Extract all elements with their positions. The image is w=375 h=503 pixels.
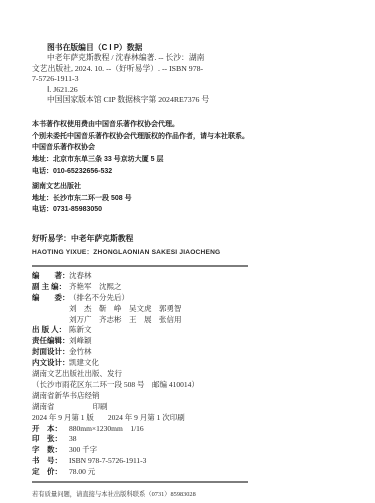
publisher-name: 湖南文艺出版社	[32, 181, 250, 192]
colophon-row-board-names: 刘 杰 靳 峥 吴文虎 郭勇智	[32, 304, 250, 315]
publisher-address: 地址：长沙市东二环一段 508 号	[32, 193, 250, 204]
cip-line: 7-5726-1911-3	[32, 74, 250, 85]
printer-word: 印刷	[93, 402, 108, 411]
colophon-label	[32, 315, 69, 326]
colophon-block: 编 著： 沈春林 副 主 编： 齐艳军 沈熙之 编 委： （排名不分先后） 刘 …	[32, 271, 250, 478]
spec-value: 880mm×1230mm 1/16	[69, 424, 144, 435]
publisher-phone: 电话：0731-85983050	[32, 204, 250, 215]
publication-issue-line: 湖南文艺出版社出版、发行	[32, 369, 250, 380]
divider-top	[32, 265, 248, 267]
colophon-value: 刘峰颖	[69, 336, 92, 347]
music-copyright-notice: 本书著作权使用费由中国音乐著作权协会代理。 个别未委托中国音乐著作权协会代理版权…	[32, 119, 250, 178]
publication-address-line: （长沙市雨花区东二环一段 508 号 邮编 410014）	[32, 380, 250, 391]
spec-value: 78.00 元	[69, 467, 95, 478]
spec-label: 字 数：	[32, 445, 69, 456]
book-title-pinyin: HAOTING YIXUE：ZHONGLAONIAN SAKESI JIAOCH…	[32, 248, 250, 257]
spec-label: 定 价：	[32, 467, 69, 478]
spec-value: ISBN 978-7-5726-1911-3	[69, 456, 146, 467]
publication-edition-line: 2024 年 9 月第 1 版 2024 年 9 月第 1 次印刷	[32, 413, 250, 424]
music-copyright-address: 地址：北京市东单三条 33 号京坊大厦 5 层	[32, 154, 250, 166]
colophon-row-responsible-editor: 责任编辑： 刘峰颖	[32, 336, 250, 347]
colophon-value: （排名不分先后）	[69, 293, 129, 304]
spec-row-sheets: 印 张： 38	[32, 434, 250, 445]
spec-row-word-count: 字 数： 300 千字	[32, 445, 250, 456]
publication-distribution-line: 湖南省新华书店经销	[32, 391, 250, 402]
colophon-value: 齐艳军 沈熙之	[69, 282, 122, 293]
colophon-value: 沈春林	[69, 271, 92, 282]
colophon-label: 封面设计：	[32, 347, 69, 358]
colophon-row-cover-design: 封面设计： 金竹林	[32, 347, 250, 358]
colophon-row-publisher-person: 出 版 人： 陈新文	[32, 325, 250, 336]
spec-row-isbn: 书 号： ISBN 978-7-5726-1911-3	[32, 456, 250, 467]
copyright-page: 图书在版编目（C I P）数据 中老年萨克斯教程 / 沈春林编著. -- 长沙：…	[0, 0, 375, 503]
colophon-row-deputy-editors: 副 主 编： 齐艳军 沈熙之	[32, 282, 250, 293]
colophon-label: 编 委：	[32, 293, 69, 304]
quality-note: 若有质量问题，请直接与本社出版科联系（0731）85983028	[32, 490, 250, 499]
divider-bottom	[32, 481, 248, 483]
cip-record-number: 中国国家版本馆 CIP 数据核字第 2024RE7376 号	[32, 95, 250, 106]
spec-value: 38	[69, 434, 77, 445]
spec-label: 书 号：	[32, 456, 69, 467]
spec-label: 开 本：	[32, 424, 69, 435]
content-column: 图书在版编目（C I P）数据 中老年萨克斯教程 / 沈春林编著. -- 长沙：…	[32, 0, 250, 499]
colophon-row-editorial-board: 编 委： （排名不分先后）	[32, 293, 250, 304]
cip-block: 图书在版编目（C I P）数据 中老年萨克斯教程 / 沈春林编著. -- 长沙：…	[32, 42, 250, 106]
spec-row-price: 定 价： 78.00 元	[32, 467, 250, 478]
colophon-value: 陈新文	[69, 325, 92, 336]
music-copyright-org: 中国音乐著作权协会	[32, 142, 250, 154]
cip-heading: 图书在版编目（C I P）数据	[32, 42, 250, 53]
edition: 2024 年 9 月第 1 版	[32, 413, 94, 424]
spec-label: 印 张：	[32, 434, 69, 445]
spec-value: 300 千字	[69, 445, 97, 456]
notice-line: 本书著作权使用费由中国音乐著作权协会代理。	[32, 119, 250, 131]
colophon-label: 出 版 人：	[32, 325, 69, 336]
colophon-row-author: 编 著： 沈春林	[32, 271, 250, 282]
cip-line: 文艺出版社, 2024. 10. --（好听易学）. -- ISBN 978-	[32, 64, 250, 75]
colophon-label: 内文设计：	[32, 358, 69, 369]
colophon-label: 编 著：	[32, 271, 69, 282]
colophon-value: 凯建文化	[69, 358, 99, 369]
publication-printer-line: 湖南省印刷	[32, 402, 250, 413]
music-copyright-phone: 电话：010-65232656-532	[32, 166, 250, 178]
colophon-row-interior-design: 内文设计： 凯建文化	[32, 358, 250, 369]
colophon-label: 责任编辑：	[32, 336, 69, 347]
printer-province: 湖南省	[32, 402, 55, 411]
impression: 2024 年 9 月第 1 次印刷	[108, 413, 185, 424]
colophon-value: 金竹林	[69, 347, 92, 358]
publisher-contact-block: 湖南文艺出版社 地址：长沙市东二环一段 508 号 电话：0731-859830…	[32, 181, 250, 215]
colophon-value: 刘 杰 靳 峥 吴文虎 郭勇智	[69, 304, 182, 315]
colophon-label: 副 主 编：	[32, 282, 69, 293]
colophon-label	[32, 304, 69, 315]
spec-row-format: 开 本： 880mm×1230mm 1/16	[32, 424, 250, 435]
colophon-value: 刘万广 齐志彬 王 展 张信用	[69, 315, 182, 326]
book-title: 好听易学：中老年萨克斯教程	[32, 234, 250, 244]
colophon-row-board-names: 刘万广 齐志彬 王 展 张信用	[32, 315, 250, 326]
cip-classification: Ⅰ. J621.26	[32, 85, 250, 96]
cip-line: 中老年萨克斯教程 / 沈春林编著. -- 长沙：湖南	[32, 53, 250, 64]
book-title-block: 好听易学：中老年萨克斯教程 HAOTING YIXUE：ZHONGLAONIAN…	[32, 234, 250, 257]
notice-line: 个别未委托中国音乐著作权协会代理版权的作品作者，请与本社联系。	[32, 131, 250, 143]
